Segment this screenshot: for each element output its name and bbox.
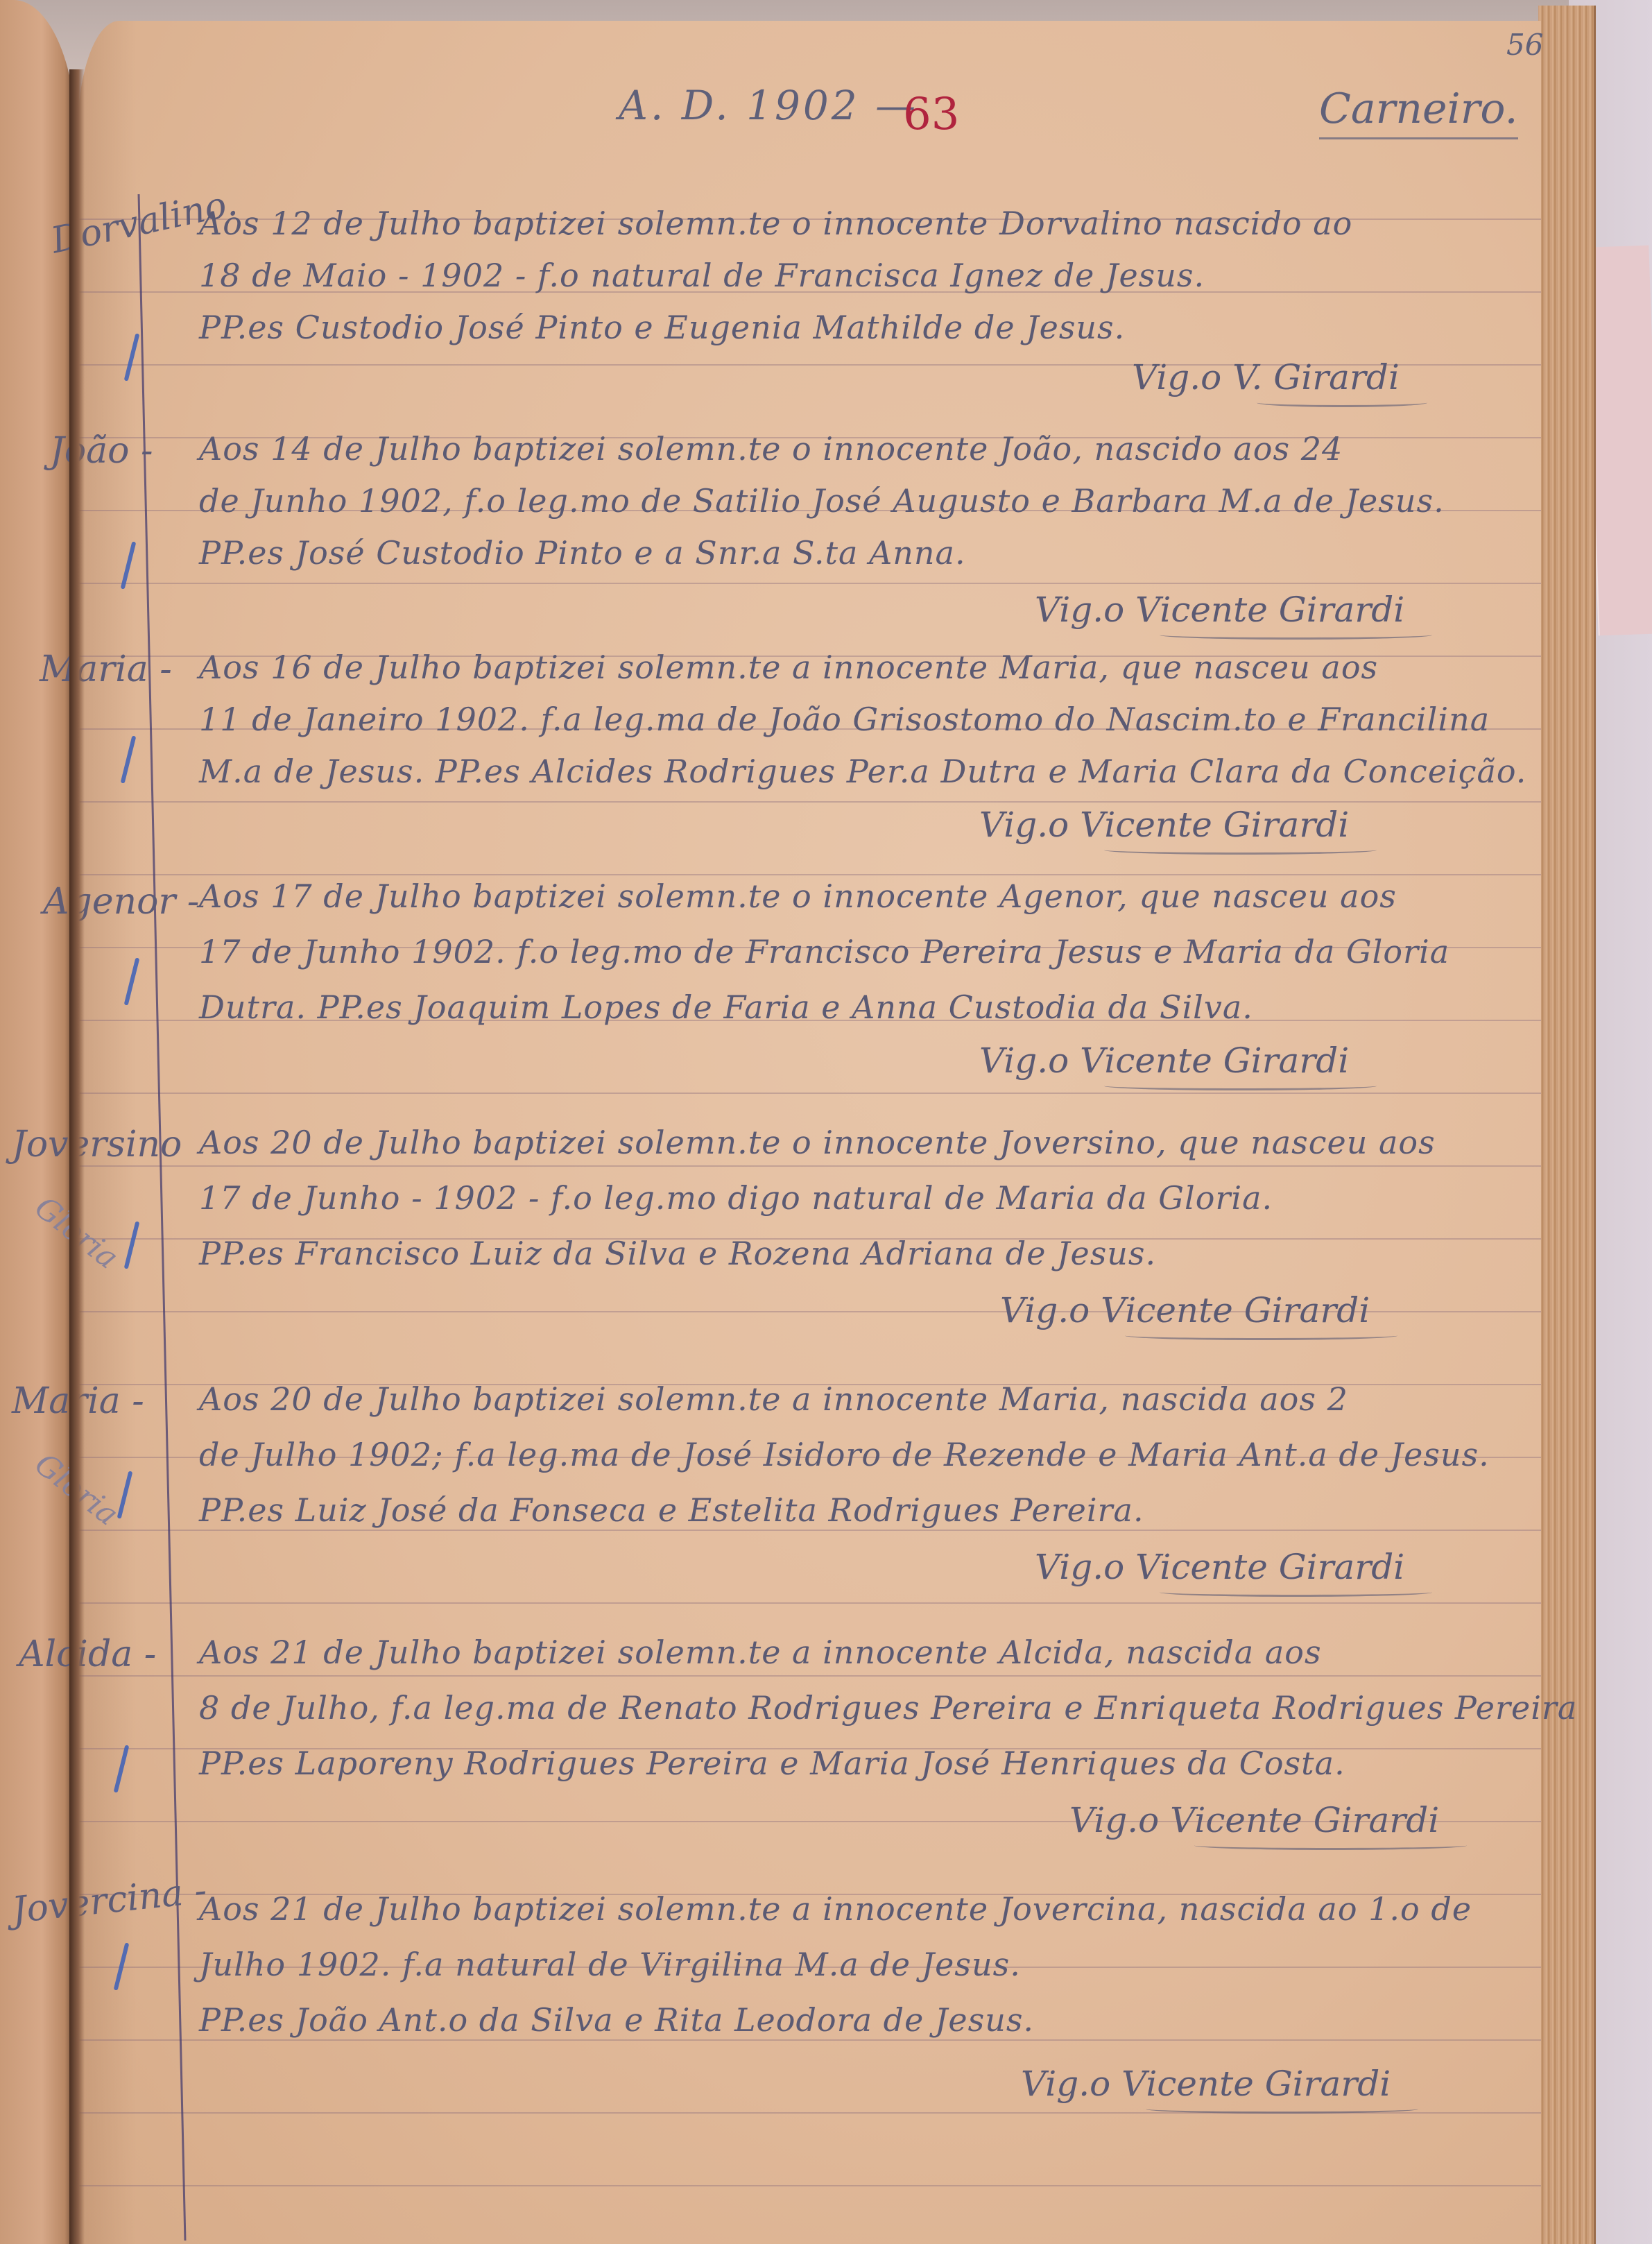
entry-line: Aos 21 de Julho baptizei solemn.te a inn… bbox=[199, 1634, 1322, 1671]
entry-line: 8 de Julho, f.a leg.ma de Renato Rodrigu… bbox=[199, 1689, 1577, 1727]
ruled-line bbox=[78, 2039, 1541, 2041]
tick-mark-icon bbox=[124, 1221, 140, 1269]
entry-line: 18 de Maio - 1902 - f.o natural de Franc… bbox=[199, 257, 1205, 294]
margin-name: Alcida - bbox=[19, 1634, 156, 1675]
entry-line: PP.es José Custodio Pinto e a Snr.a S.ta… bbox=[199, 534, 966, 572]
ruled-line bbox=[78, 801, 1541, 803]
signature: Vig.o Vicente Girardi bbox=[979, 805, 1349, 845]
entry-line: Aos 21 de Julho baptizei solemn.te a inn… bbox=[199, 1890, 1472, 1928]
entry-line: Aos 20 de Julho baptizei solemn.te a inn… bbox=[199, 1380, 1348, 1418]
signature: Vig.o Vicente Girardi bbox=[1035, 590, 1404, 630]
entry-line: Aos 20 de Julho baptizei solemn.te o inn… bbox=[199, 1124, 1436, 1161]
anno-domini-heading: A. D. 1902 — bbox=[619, 82, 918, 129]
entry-line: 17 de Junho - 1902 - f.o leg.mo digo nat… bbox=[199, 1179, 1273, 1217]
ruled-line bbox=[78, 874, 1541, 875]
entry-line: Aos 14 de Julho baptizei solemn.te o inn… bbox=[199, 430, 1343, 468]
tick-mark-icon bbox=[124, 333, 140, 381]
entry-line: 17 de Junho 1902. f.o leg.mo de Francisc… bbox=[199, 933, 1449, 970]
signature: Vig.o Vicente Girardi bbox=[1035, 1547, 1404, 1587]
book-gutter bbox=[69, 69, 85, 2244]
margin-name: João - bbox=[50, 430, 153, 472]
entry-line: de Julho 1902; f.a leg.ma de José Isidor… bbox=[199, 1436, 1490, 1473]
entry-line: 11 de Janeiro 1902. f.a leg.ma de João G… bbox=[199, 701, 1490, 738]
margin-name: Joversino bbox=[12, 1124, 182, 1165]
tick-mark-icon bbox=[124, 957, 140, 1005]
signature: Vig.o Vicente Girardi bbox=[1069, 1800, 1439, 1840]
entry-line: PP.es Laporeny Rodrigues Pereira e Maria… bbox=[199, 1745, 1345, 1782]
ruled-line bbox=[78, 1675, 1541, 1677]
ruled-line bbox=[78, 1530, 1541, 1531]
signature: Vig.o V. Girardi bbox=[1132, 357, 1400, 397]
entry-line: Julho 1902. f.a natural de Virgilina M.a… bbox=[199, 1946, 1021, 1983]
margin-name: Maria - bbox=[40, 649, 172, 690]
tick-mark-icon bbox=[114, 1745, 130, 1792]
entry-line: PP.es Luiz José da Fonseca e Estelita Ro… bbox=[199, 1491, 1144, 1529]
entry-line: Aos 16 de Julho baptizei solemn.te a inn… bbox=[199, 649, 1378, 686]
entry-line: Aos 17 de Julho baptizei solemn.te o inn… bbox=[199, 877, 1397, 915]
entry-line: Aos 12 de Julho baptizei solemn.te o inn… bbox=[199, 205, 1352, 242]
entry-line: PP.es Francisco Luiz da Silva e Rozena A… bbox=[199, 1235, 1156, 1272]
signature: Vig.o Vicente Girardi bbox=[1021, 2064, 1391, 2104]
signature: Vig.o Vicente Girardi bbox=[1000, 1290, 1370, 1330]
entry-line: PP.es Custodio José Pinto e Eugenia Math… bbox=[199, 309, 1125, 346]
ruled-line bbox=[78, 1165, 1541, 1167]
margin-rule bbox=[138, 194, 187, 2241]
margin-name: Agenor - bbox=[43, 881, 199, 923]
tick-mark-icon bbox=[117, 1471, 133, 1518]
page-stack-edge bbox=[1538, 6, 1596, 2244]
ruled-line bbox=[78, 583, 1541, 584]
ruled-line bbox=[78, 2185, 1541, 2186]
surname-heading: Carneiro. bbox=[1319, 85, 1518, 139]
page-number: 56 bbox=[1506, 28, 1543, 62]
folio-number: 63 bbox=[903, 89, 959, 140]
ruled-line bbox=[78, 1602, 1541, 1604]
entry-line: Dutra. PP.es Joaquim Lopes de Faria e An… bbox=[199, 988, 1253, 1026]
register-page: A. D. 1902 — 63 Carneiro. 56 Dorvalino. … bbox=[78, 21, 1541, 2244]
entry-line: M.a de Jesus. PP.es Alcides Rodrigues Pe… bbox=[199, 753, 1526, 790]
ruled-line bbox=[78, 1093, 1541, 1094]
entry-line: de Junho 1902, f.o leg.mo de Satilio Jos… bbox=[199, 482, 1445, 520]
signature: Vig.o Vicente Girardi bbox=[979, 1040, 1349, 1081]
tick-mark-icon bbox=[121, 735, 137, 783]
entry-line: PP.es João Ant.o da Silva e Rita Leodora… bbox=[199, 2001, 1034, 2039]
